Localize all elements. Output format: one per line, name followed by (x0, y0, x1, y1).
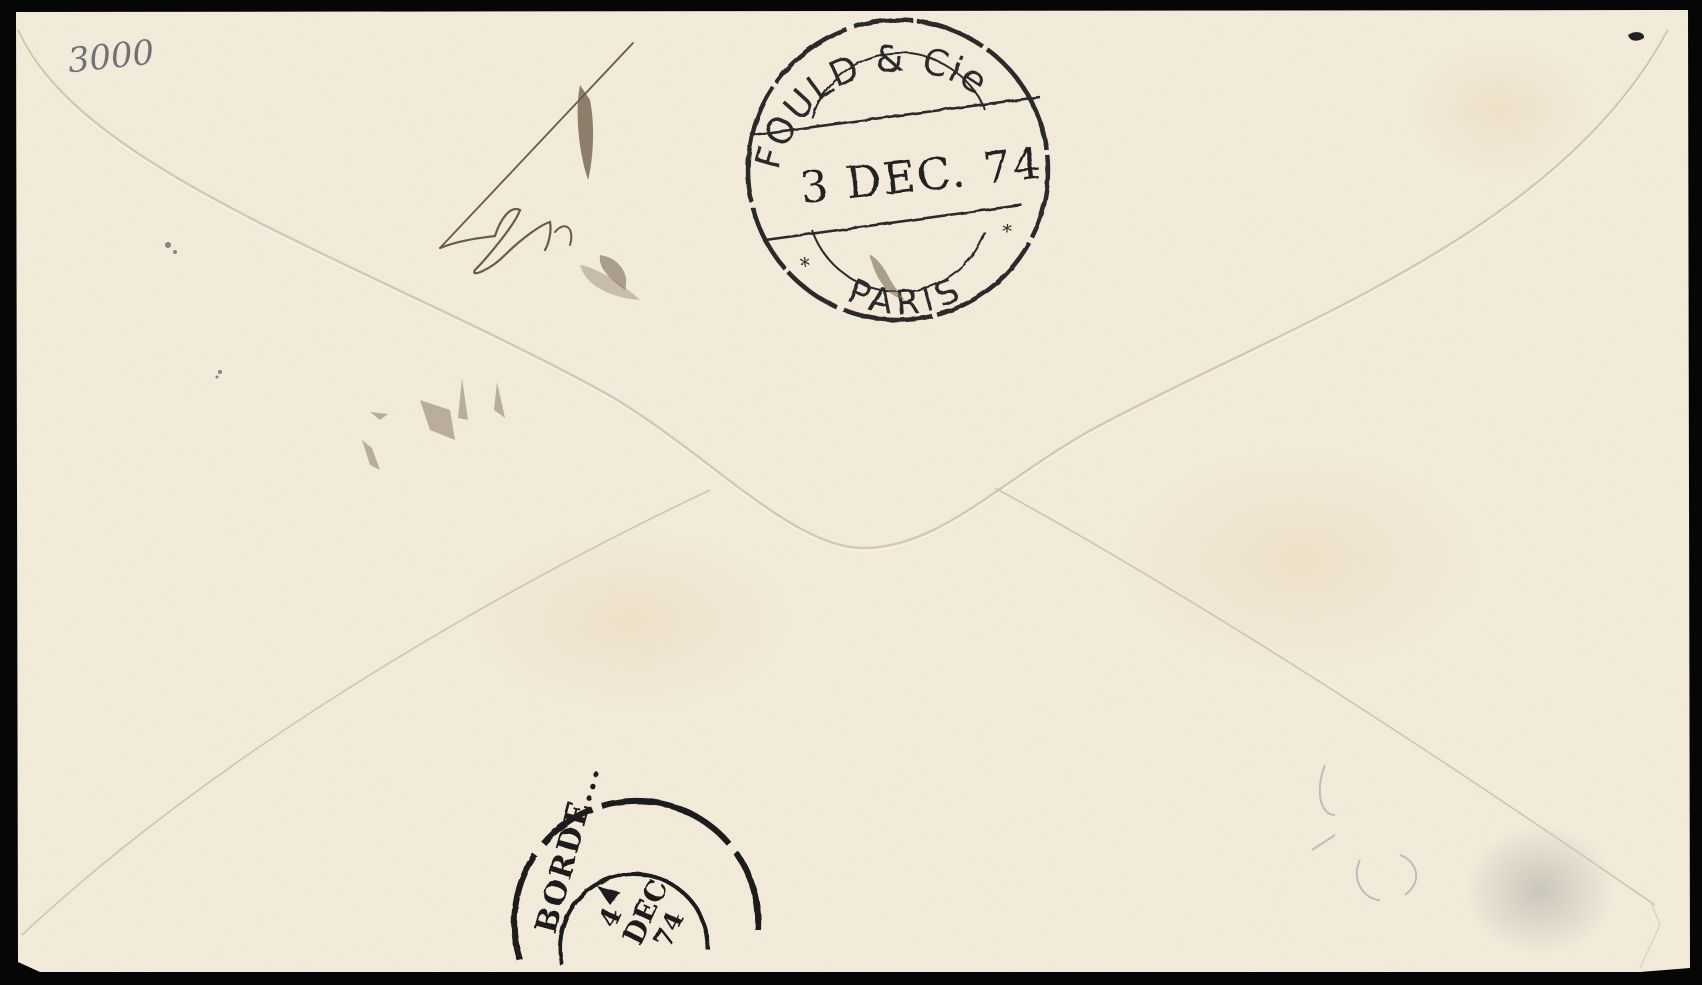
postmark-ornament-left: * (800, 253, 810, 277)
envelope-back: 3000 FOULD & Cie 3 DEC. (0, 0, 1702, 985)
postmark-ornament-right: * (1002, 219, 1012, 243)
photo-background: 3000 FOULD & Cie 3 DEC. (0, 0, 1702, 985)
